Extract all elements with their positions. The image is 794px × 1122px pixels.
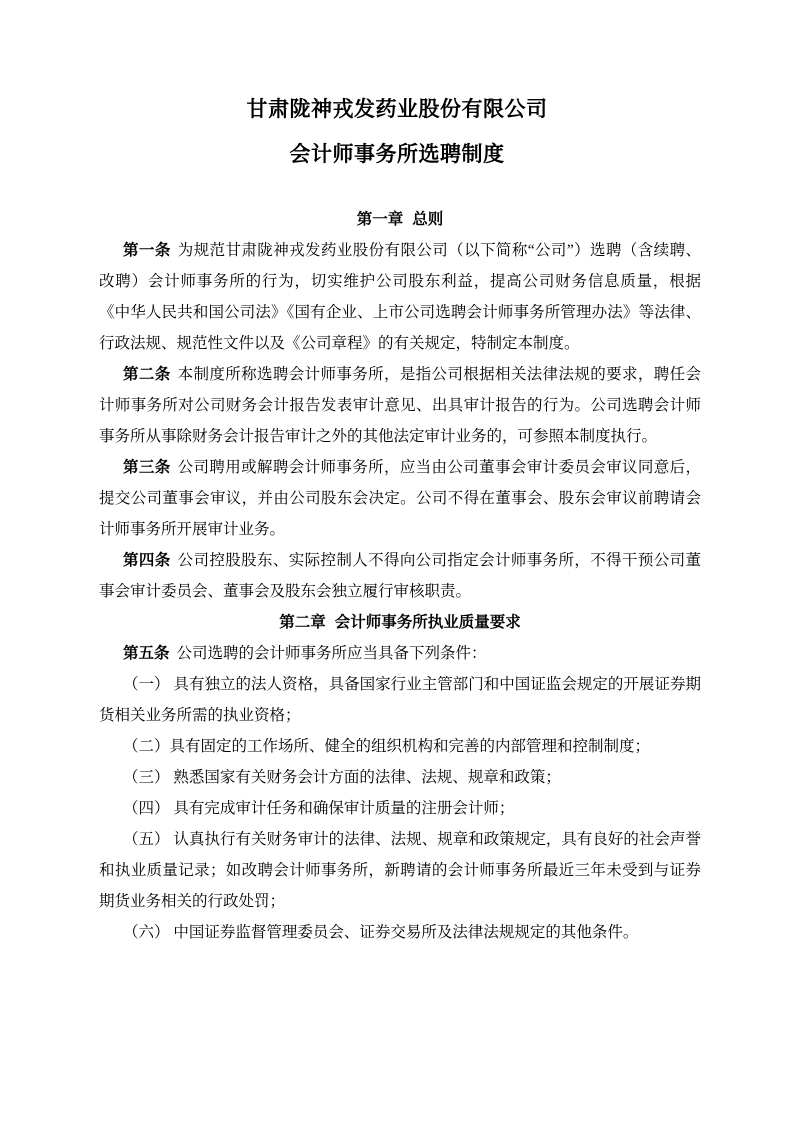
article-3-paragraph: 第三条公司聘用或解聘会计师事务所，应当由公司董事会审计委员会审议同意后，提交公司…	[99, 452, 701, 545]
article-1-label: 第一条	[123, 242, 171, 259]
company-name-title: 甘肃陇神戎发药业股份有限公司	[0, 87, 794, 132]
article-2-label: 第二条	[123, 366, 171, 383]
list-item-5: （五） 认真执行有关财务审计的法律、法规、规章和政策规定，具有良好的社会声誉和执…	[99, 824, 701, 917]
article-4-paragraph: 第四条公司控股股东、实际控制人不得向公司指定会计师事务所，不得干预公司董事会审计…	[99, 545, 701, 607]
list-item-6: （六） 中国证券监督管理委员会、证券交易所及法律法规规定的其他条件。	[99, 917, 701, 948]
chapter-2-title: 会计师事务所执业质量要求	[335, 614, 521, 631]
article-5-text: 公司选聘的会计师事务所应当具备下列条件：	[177, 645, 487, 662]
article-5-paragraph: 第五条公司选聘的会计师事务所应当具备下列条件：	[99, 638, 701, 669]
article-3-text: 公司聘用或解聘会计师事务所，应当由公司董事会审计委员会审议同意后，提交公司董事会…	[99, 459, 701, 538]
chapter-1-title: 总则	[412, 211, 443, 228]
list-item-1: （一） 具有独立的法人资格，具备国家行业主管部门和中国证监会规定的开展证券期货相…	[99, 669, 701, 731]
article-4-label: 第四条	[123, 552, 171, 569]
list-item-2: （二）具有固定的工作场所、健全的组织机构和完善的内部管理和控制制度；	[99, 731, 701, 762]
document-title-block: 甘肃陇神戎发药业股份有限公司 会计师事务所选聘制度	[0, 0, 794, 177]
article-5-label: 第五条	[123, 645, 170, 662]
article-2-text: 本制度所称选聘会计师事务所，是指公司根据相关法律法规的要求，聘任会计师事务所对公…	[99, 366, 701, 445]
document-body: 第一章总则 第一条为规范甘肃陇神戎发药业股份有限公司（以下简称“公司”）选聘（含…	[99, 204, 701, 948]
list-item-4: （四） 具有完成审计任务和确保审计质量的注册会计师；	[99, 793, 701, 824]
article-4-text: 公司控股股东、实际控制人不得向公司指定会计师事务所，不得干预公司董事会审计委员会…	[99, 552, 701, 600]
chapter-1-label: 第一章	[357, 211, 404, 228]
list-item-3: （三） 熟悉国家有关财务会计方面的法律、法规、规章和政策；	[99, 762, 701, 793]
article-2-paragraph: 第二条本制度所称选聘会计师事务所，是指公司根据相关法律法规的要求，聘任会计师事务…	[99, 359, 701, 452]
document-subtitle: 会计师事务所选聘制度	[0, 132, 794, 177]
document-page: 甘肃陇神戎发药业股份有限公司 会计师事务所选聘制度 第一章总则 第一条为规范甘肃…	[0, 0, 794, 1122]
article-1-text: 为规范甘肃陇神戎发药业股份有限公司（以下简称“公司”）选聘（含续聘、改聘）会计师…	[99, 242, 701, 352]
chapter-2-label: 第二章	[279, 614, 326, 631]
chapter-2-heading: 第二章会计师事务所执业质量要求	[99, 607, 701, 638]
article-3-label: 第三条	[123, 459, 171, 476]
article-1-paragraph: 第一条为规范甘肃陇神戎发药业股份有限公司（以下简称“公司”）选聘（含续聘、改聘）…	[99, 235, 701, 359]
chapter-1-heading: 第一章总则	[99, 204, 701, 235]
